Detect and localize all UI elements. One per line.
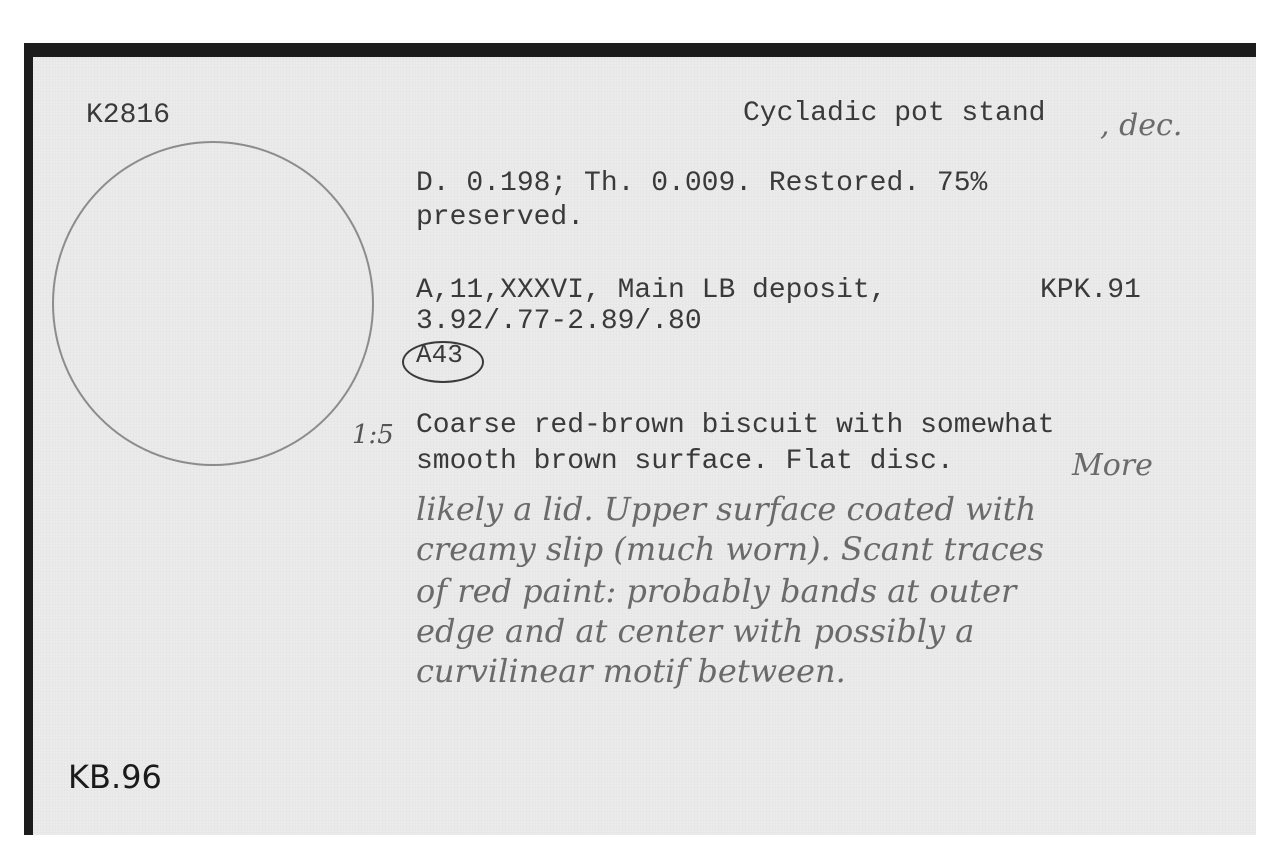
handwritten-note-2: creamy slip (much worn). Scant traces [416, 530, 1044, 568]
dimensions-line-1: D. 0.198; Th. 0.009. Restored. 75% [416, 168, 987, 199]
context-line-1: A,11,XXXVI, Main LB deposit, [416, 275, 886, 306]
handwritten-note-5: curvilinear motif between. [416, 652, 846, 690]
handwritten-note-4: edge and at center with possibly a [416, 612, 974, 650]
handwritten-note-3: of red paint: probably bands at outer [416, 572, 1016, 610]
handwritten-note-0: More [1072, 448, 1153, 483]
dimensions-line-2: preserved. [416, 202, 584, 233]
catalog-number: K2816 [86, 100, 170, 131]
description-line-1: Coarse red-brown biscuit with somewhat [416, 410, 1055, 441]
description-line-2: smooth brown surface. Flat disc. [416, 446, 954, 477]
bottom-code: KB.96 [68, 758, 162, 796]
scale-note: 1:5 [352, 420, 394, 450]
handwritten-note-1: likely a lid. Upper surface coated with [416, 490, 1036, 528]
context-reference: KPK.91 [1040, 275, 1141, 306]
context-line-2: 3.92/.77-2.89/.80 [416, 306, 702, 337]
circled-code: A43 [416, 340, 463, 370]
object-drawing [52, 141, 374, 466]
object-title: Cycladic pot stand [743, 98, 1045, 129]
title-annotation: , dec. [1100, 108, 1182, 143]
